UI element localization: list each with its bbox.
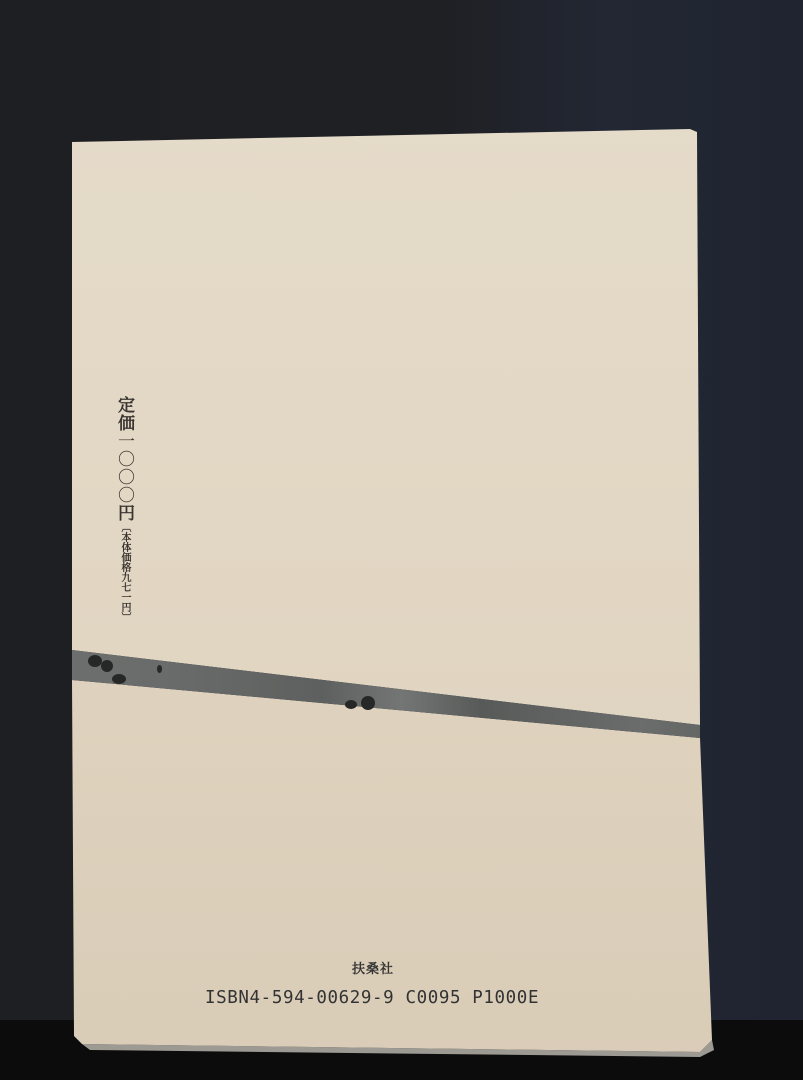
band-dark-spot <box>361 696 375 710</box>
band-dark-spot <box>101 660 113 672</box>
price-amount: 一〇〇〇 <box>114 432 134 504</box>
band-dark-spot <box>88 655 102 667</box>
band-dark-spot <box>345 700 357 709</box>
book-back-cover: 定価一〇〇〇円〔本体価格九七一円〕 扶桑社 ISBN4-594-00629-9 … <box>0 0 803 1080</box>
band-dark-spot <box>157 665 162 673</box>
publisher-name: 扶桑社 <box>352 958 394 977</box>
price-vertical-text: 定価一〇〇〇円〔本体価格九七一円〕 <box>112 396 137 622</box>
price-unit: 円 <box>114 504 134 522</box>
band-dark-spot <box>112 674 126 684</box>
isbn-code: ISBN4-594-00629-9 C0095 P1000E <box>205 988 539 1008</box>
price-label: 定価 <box>114 396 134 432</box>
price-detail: 〔本体価格九七一円〕 <box>119 522 130 622</box>
